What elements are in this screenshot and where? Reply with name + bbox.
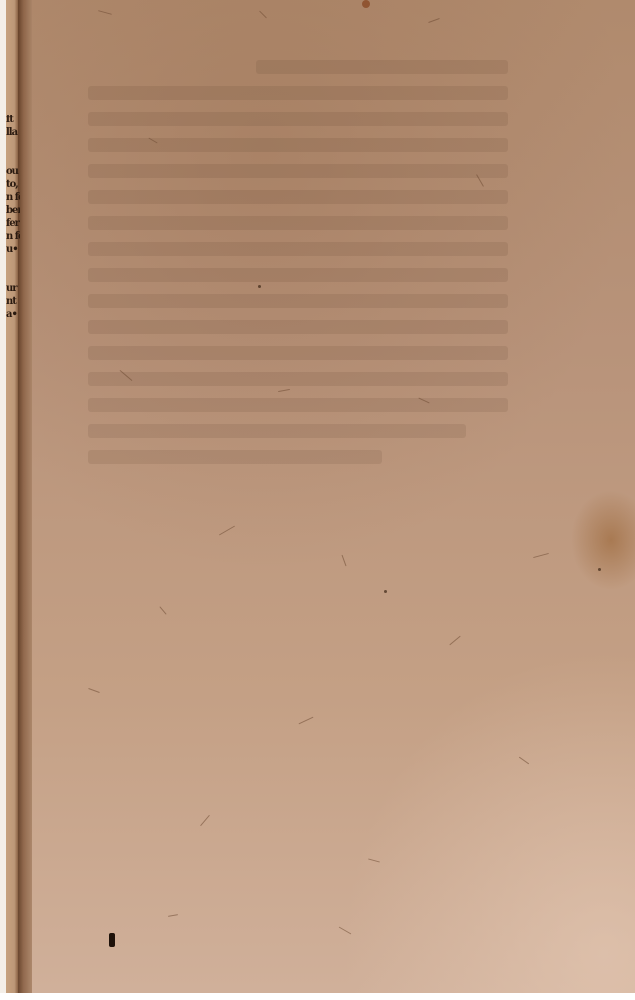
margin-fragment [6, 141, 20, 167]
margin-fragment: u• [6, 245, 20, 258]
facing-page-margin-text: ft lla ou to, n fe ber fer n fe u• ur nt… [6, 115, 20, 323]
bleed-through-text-block [88, 60, 508, 480]
scan-border-bottom [0, 993, 635, 1000]
binding-gutter-shadow [18, 0, 32, 993]
margin-fragment: lla [6, 128, 20, 141]
margin-fragment: a• [6, 310, 20, 323]
spot-stain [362, 0, 370, 8]
book-page [18, 0, 635, 993]
margin-fragment [6, 258, 20, 284]
ink-mark [109, 933, 115, 947]
